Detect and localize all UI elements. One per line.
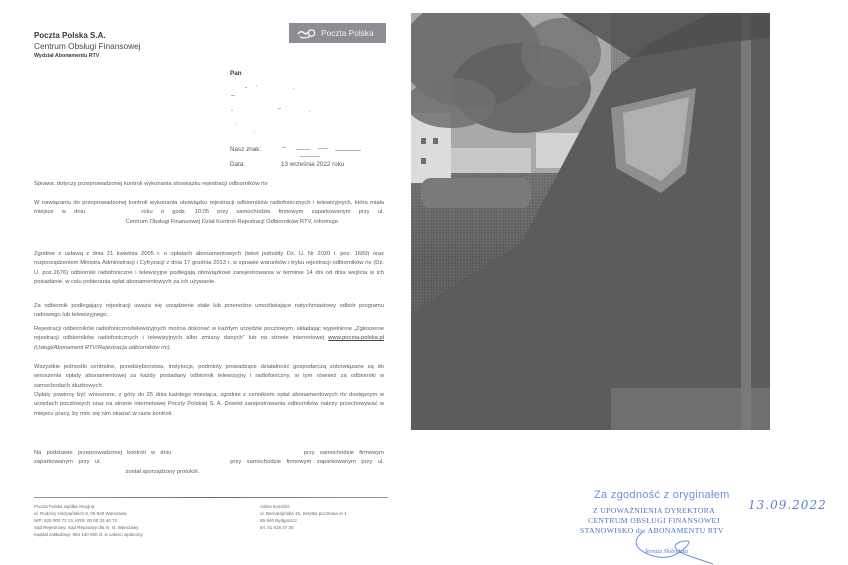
footer-unit-phone: tel. 01 815 37 30 <box>260 524 347 531</box>
vehicle-photo <box>411 13 770 430</box>
p3-text: Za odbiornik podlegający rejestracji uwa… <box>34 302 384 321</box>
date-label: Data: <box>230 161 245 168</box>
paragraph-1: W nawiązaniu do przeprowadzonej kontroli… <box>34 199 384 227</box>
recipient-salutation: Pan <box>230 70 242 77</box>
footer-unit-title: Adres komórki: <box>260 503 347 510</box>
signature-icon <box>625 520 715 565</box>
p7-text-d: został sporządzony protokół. <box>126 469 199 475</box>
paragraph-6: Opłaty powinny być wnoszone, z góry do 2… <box>34 391 384 419</box>
department-name: Wydział Abonamentu RTV <box>34 53 99 59</box>
logo-text: Poczta Polska <box>321 28 374 38</box>
stamp-signatory: Renata Słobodzka <box>645 549 688 555</box>
center-name: Centrum Obsługi Finansowej <box>34 41 141 51</box>
footer-capital: Kapitał zakładowy: 984 140 000 zł, w cał… <box>34 531 143 538</box>
p7-text-a: Na podstawie przeprowadzonej kontroli w … <box>34 450 171 456</box>
poczta-polska-link[interactable]: www.poczta-polska.pl <box>328 335 384 341</box>
p5-text: Wszystkie jednostki centralne, przedsięb… <box>34 363 384 391</box>
footer-divider <box>34 497 388 498</box>
letter-subject: Sprawa: dotyczy przeprowadzonej kontroli… <box>34 180 384 189</box>
paragraph-5: Wszystkie jednostki centralne, przedsięb… <box>34 363 384 391</box>
paragraph-7: Na podstawie przeprowadzonej kontroli w … <box>34 449 384 477</box>
footer-unit-address: Adres komórki: ul. Bernardyńska 15, Skry… <box>260 503 347 531</box>
footer-company-info: Poczta Polska Spółka Akcyjna ul. Rodziny… <box>34 503 143 538</box>
letter-date: 13 września 2022 roku <box>281 161 344 168</box>
paragraph-4: Rejestracji odbiorników radiofoniczno/te… <box>34 325 384 353</box>
p1-text-b: roku o godz. 10:05 przy samochodzie firm… <box>141 209 384 215</box>
p1-text-c: Centrum Obsługi Finansowej Dział Kontrol… <box>126 219 340 225</box>
footer-unit-city: 85-940 Bydgoszcz <box>260 517 347 524</box>
p2-text: Zgodnie z ustawą z dnia 21 kwietnia 2005… <box>34 250 384 287</box>
poczta-polska-logo: Poczta Polska <box>289 23 386 43</box>
certified-copy-stamp-title: Za zgodność z oryginałem <box>594 489 730 501</box>
paragraph-2: Zgodnie z ustawą z dnia 21 kwietnia 2005… <box>34 250 384 287</box>
stamp-handwritten-date: 13.09.2022 <box>748 498 827 512</box>
paragraph-3: Za odbiornik podlegający rejestracji uwa… <box>34 302 384 321</box>
p6-text: Opłaty powinny być wnoszone, z góry do 2… <box>34 391 384 419</box>
footer-company: Poczta Polska Spółka Akcyjna <box>34 503 143 510</box>
footer-court: Sąd Rejestrowy: Sąd Rejonowy dla m. st. … <box>34 524 143 531</box>
stamp-line-1: Z UPOWAŻNIENIA DYREKTORA <box>593 506 715 515</box>
photo-scene <box>411 13 770 430</box>
p4-text-b: (Usługi/Abonament RTV/Rejestracja odbior… <box>34 345 171 351</box>
our-ref-label: Nasz znak: <box>230 146 261 153</box>
footer-unit-street: ul. Bernardyńska 15, Skrytka pocztowa nr… <box>260 510 347 517</box>
poczta-polska-horn-icon <box>297 27 317 39</box>
subject-text: Sprawa: dotyczy przeprowadzonej kontroli… <box>34 180 384 189</box>
footer-address: ul. Rodziny Hiszpańskich 8, 00-940 Warsz… <box>34 510 143 517</box>
footer-nip-krs: NIP: 525 000 73 13, KRS: 00 00 33 40 72 <box>34 517 143 524</box>
company-name: Poczta Polska S.A. <box>34 31 106 40</box>
p7-text-c: przy samochodzie firmowym zaparkowanym p… <box>230 459 384 465</box>
